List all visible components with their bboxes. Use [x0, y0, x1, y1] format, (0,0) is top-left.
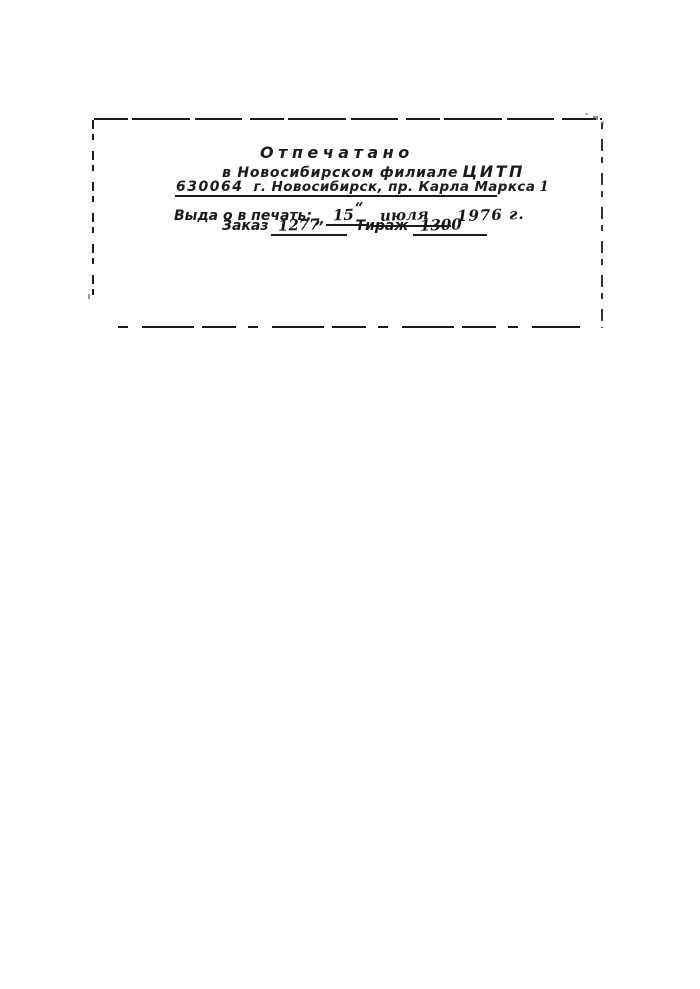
order-tirage-line: Заказ1277Тираж1300	[222, 218, 487, 236]
scan-noise-speck	[88, 294, 90, 299]
scan-noise-speck	[593, 116, 598, 120]
scan-noise-speck	[601, 121, 604, 124]
scan-noise-speck	[585, 113, 588, 115]
stamp-border-top	[94, 117, 602, 120]
colophon-stamp-box: Отпечатано в Новосибирском филиалеЦИТП 6…	[92, 117, 604, 328]
stamp-border-bottom	[118, 326, 580, 328]
tirage-label: Тираж	[355, 218, 408, 234]
scanned-page: Отпечатано в Новосибирском филиалеЦИТП 6…	[0, 0, 700, 989]
house-number: 1	[539, 179, 549, 195]
stamp-border-left	[92, 120, 95, 298]
address-underline	[175, 195, 497, 197]
close-quote: “	[355, 201, 364, 216]
tirage-fill-blank: 1300	[413, 218, 487, 236]
stamp-border-right	[601, 117, 604, 328]
tirage-number: 1300	[420, 217, 462, 233]
stamp-title: Отпечатано	[260, 145, 414, 161]
address-line: 630064г. Новосибирск, пр. Карла Маркса1	[176, 180, 549, 195]
order-fill-blank: 1277	[271, 218, 347, 236]
street-address: г. Новосибирск, пр. Карла Маркса	[253, 179, 535, 195]
stamp-subtitle: в Новосибирском филиалеЦИТП	[222, 164, 525, 180]
order-number: 1277	[278, 217, 320, 233]
order-label: Заказ	[222, 218, 268, 234]
postal-code: 630064	[176, 179, 243, 195]
